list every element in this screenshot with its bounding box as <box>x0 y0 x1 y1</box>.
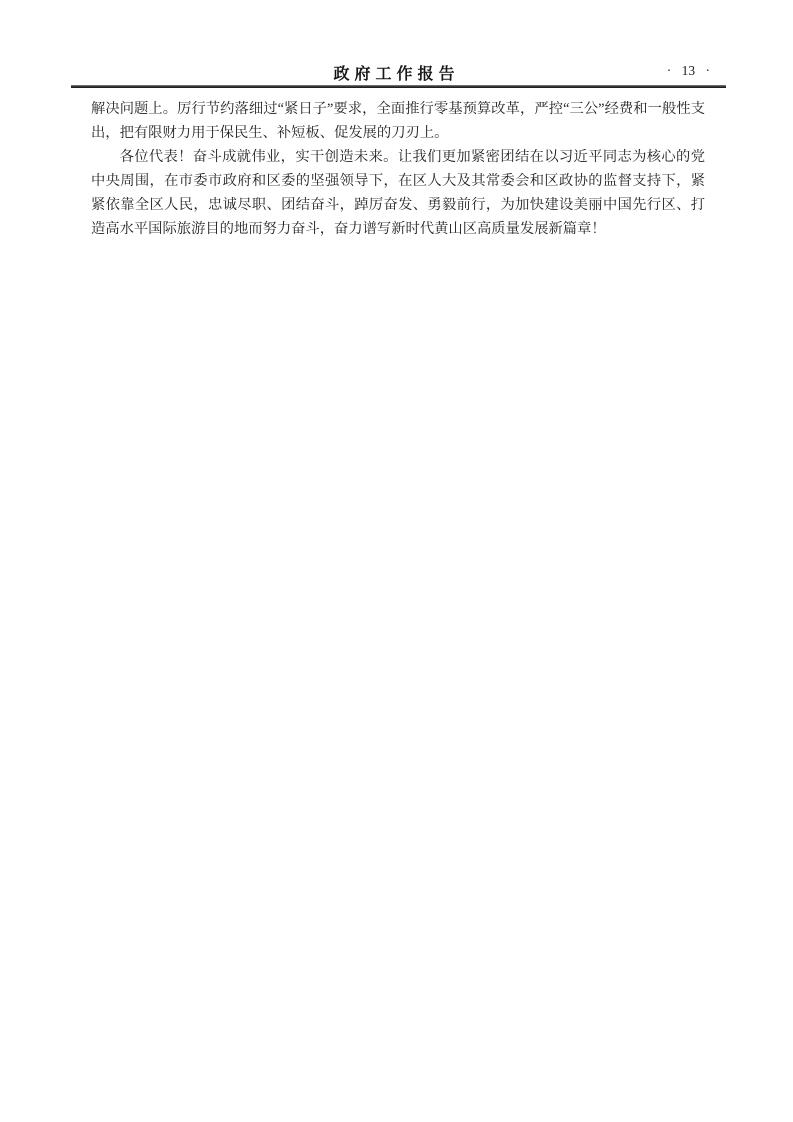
paragraph-budget-discipline: 解决问题上。厉行节约落细过“紧日子”要求，全面推行零基预算改革，严控“三公”经费… <box>91 97 705 145</box>
header-rule <box>71 85 726 88</box>
paragraph-closing-remarks: 各位代表！奋斗成就伟业，实干创造未来。让我们更加紧密团结在以习近平同志为核心的党… <box>91 145 705 241</box>
document-page: 政府工作报告 · 13 · 解决问题上。厉行节约落细过“紧日子”要求，全面推行零… <box>0 0 793 1122</box>
page-number: · 13 · <box>667 63 710 79</box>
document-body: 解决问题上。厉行节约落细过“紧日子”要求，全面推行零基预算改革，严控“三公”经费… <box>91 97 705 241</box>
